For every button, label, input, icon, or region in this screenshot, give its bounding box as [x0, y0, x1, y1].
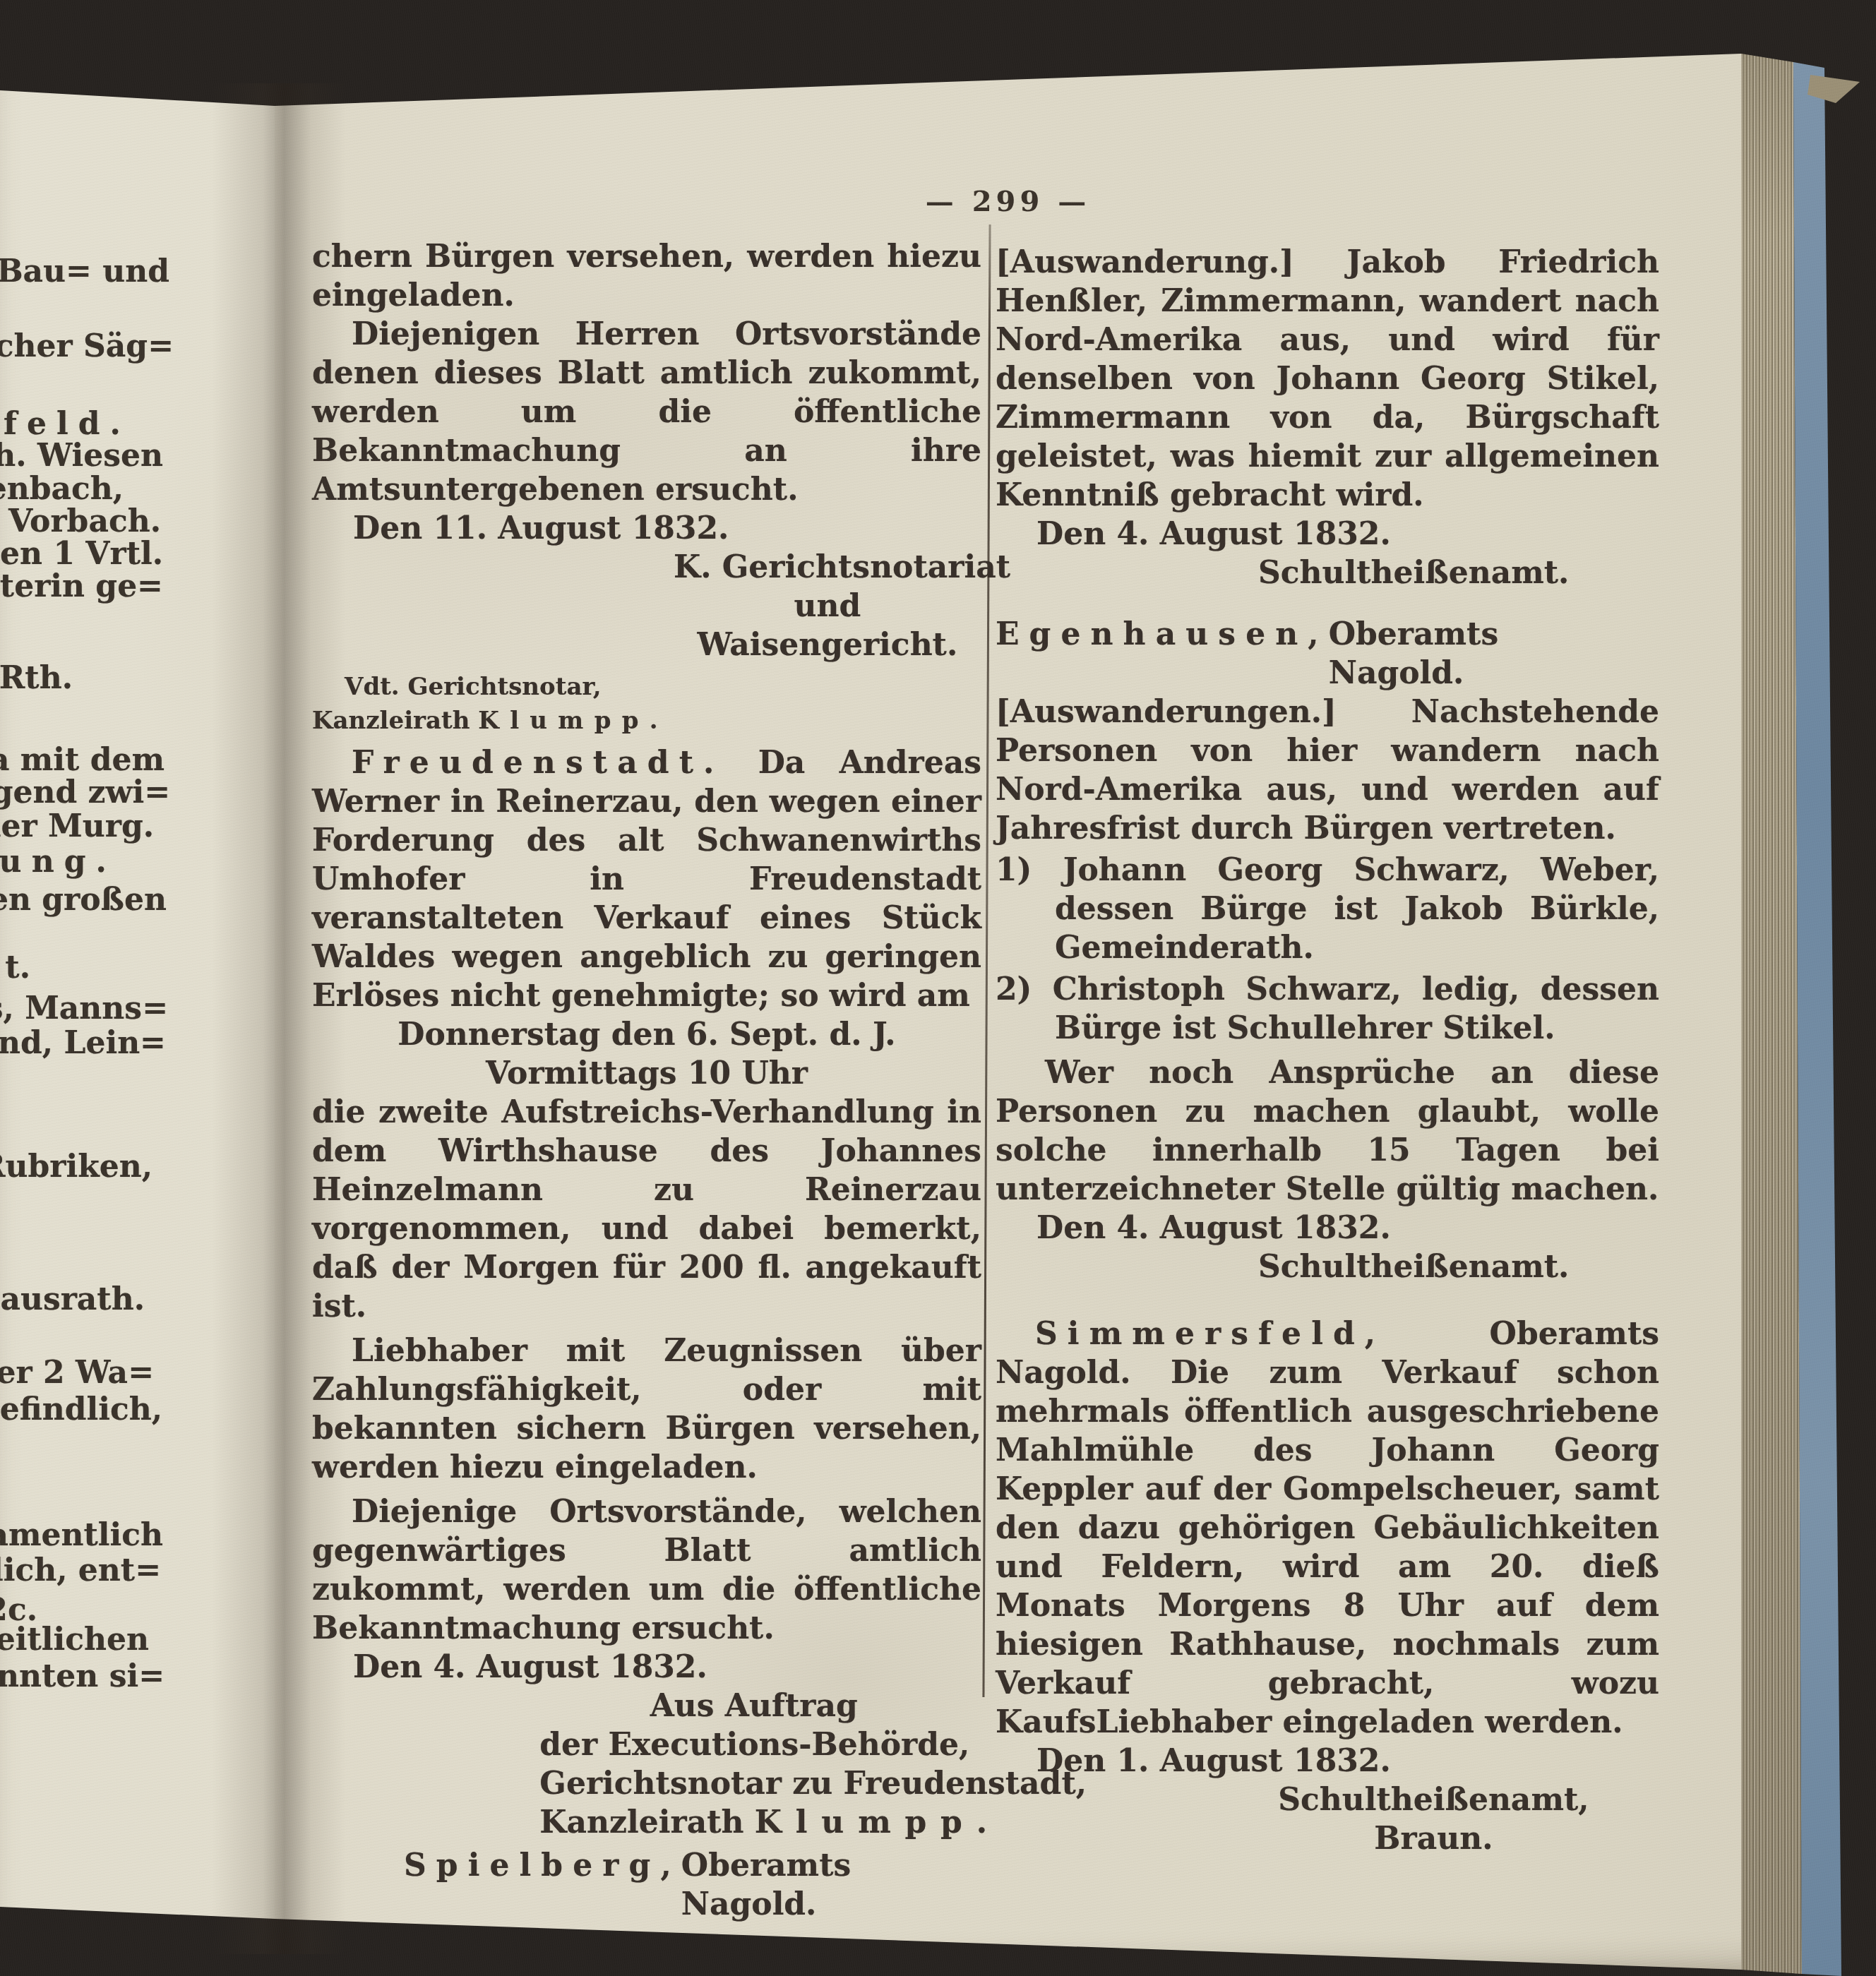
column-divider — [982, 224, 991, 1697]
paragraph: [Auswanderungen.] Nachstehende Personen … — [996, 693, 1659, 848]
left-page-fragment: gen 1 Vrtl. — [0, 538, 163, 570]
left-page-fragment: i Hausrath. — [0, 1283, 145, 1316]
signature-line: Braun. — [1234, 1819, 1632, 1858]
signature-line: Waisengericht. — [674, 625, 981, 664]
list-number: 2) — [996, 971, 1032, 1007]
paragraph: Diejenige Ortsvorstände, welchen gegenwä… — [312, 1492, 981, 1648]
auction-time-line: Vormittags 10 Uhr — [312, 1054, 981, 1093]
notary-title: Kanzleirath — [539, 1804, 754, 1840]
left-page-fragment: Bau= und — [0, 256, 169, 288]
left-page-fragment: a mit dem — [0, 744, 165, 777]
section-heading: Egenhausen,Oberamts Nagold. — [996, 615, 1659, 693]
signature-block: Schultheißenamt. — [1214, 553, 1613, 592]
list-item: 1) Johann Georg Schwarz, Weber, dessen B… — [996, 851, 1659, 967]
left-page-fragment: wand, Lein= — [0, 1027, 166, 1060]
paragraph: die zweite Aufstreichs-Verhandlung in de… — [312, 1093, 981, 1326]
book-scan: Bau= und bacher Säg= feld. th. Wiesen en… — [0, 0, 1876, 1976]
date-line: Den 1. August 1832. — [996, 1742, 1659, 1780]
district-name: Oberamts Nagold. — [681, 1846, 981, 1924]
signature-block: Aus Auftrag der Executions-Behörde, Geri… — [539, 1687, 968, 1842]
notary-name: Klumpp. — [478, 707, 669, 735]
left-page-fragment: der Murg. — [0, 810, 154, 843]
place-name: Freudenstadt. — [352, 745, 724, 781]
left-page-fragment: igkeitlichen — [0, 1624, 149, 1656]
signature-line: und — [674, 587, 981, 625]
paragraph: Freudenstadt. Da Andreas Werner in Reine… — [312, 743, 981, 1015]
list-item: 2) Christoph Schwarz, ledig, dessen Bürg… — [996, 970, 1659, 1048]
notary-name: Klumpp. — [755, 1804, 1001, 1840]
auction-date-line: Donnerstag den 6. Sept. d. J. — [312, 1015, 981, 1054]
signature-line: der Executions-Behörde, — [539, 1725, 968, 1764]
paragraph-text: Da Andreas Werner in Reinerzau, den wege… — [312, 745, 981, 1014]
date-line: Den 11. August 1832. — [312, 509, 981, 548]
signature-block: Schultheißenamt, Braun. — [1234, 1780, 1632, 1858]
signature-line: Aus Auftrag — [539, 1687, 968, 1725]
paragraph: chern Bürgen versehen, werden hiezu eing… — [312, 237, 981, 315]
left-page-fragment: liegend zwi= — [0, 777, 170, 809]
date-line: Den 4. August 1832. — [996, 1209, 1659, 1247]
left-page-fragment: enbach, — [0, 473, 124, 505]
left-page-fragment: bacher Säg= — [0, 330, 174, 363]
left-page-fragment: ichterin ge= — [0, 570, 163, 603]
left-page-fragment: m Vorbach. — [0, 505, 161, 538]
left-page-fragment: Rubriken, — [0, 1151, 153, 1183]
left-page-fragment: ekannten si= — [0, 1660, 165, 1693]
right-column: [Auswanderung.] Jakob Friedrich Henßler,… — [996, 243, 1659, 1858]
date-line: Den 4. August 1832. — [996, 515, 1659, 553]
signature-line: Gerichtsnotar zu Freudenstadt, — [539, 1764, 968, 1803]
left-page-fragment: namentlich — [0, 1519, 163, 1552]
right-page: — 299 — chern Bürgen versehen, werden hi… — [0, 0, 1876, 1976]
notary-line: Vdt. Gerichtsnotar, — [312, 670, 981, 704]
section-heading: Spielberg,Oberamts Nagold. — [404, 1846, 981, 1924]
notary-line: Kanzleirath Klumpp. — [312, 704, 981, 738]
left-page-fragment: t. — [5, 952, 30, 984]
signature-line: Schultheißenamt. — [1214, 1247, 1613, 1286]
left-page-fragment: . befindlich, — [0, 1394, 162, 1426]
signature-line: Schultheißenamt. — [1214, 553, 1613, 592]
left-page-fragment: dlich, ent= — [0, 1555, 161, 1587]
date-line: Den 4. August 1832. — [312, 1648, 981, 1687]
signature-line: Schultheißenamt, — [1234, 1780, 1632, 1819]
signature-line: K. Gerichtsnotariat — [674, 548, 981, 587]
district-name: Oberamts Nagold. — [1329, 615, 1659, 693]
paragraph: Simmersfeld, Oberamts Nagold. Die zum Ve… — [996, 1315, 1659, 1742]
notice-tag: [Auswanderung.] — [996, 244, 1294, 280]
paragraph: Liebhaber mit Zeugnissen über Zahlungsfä… — [312, 1331, 981, 1487]
notary-title: Kanzleirath — [312, 707, 478, 735]
left-page-fragment: nten großen — [0, 884, 167, 916]
signature-block: K. Gerichtsnotariat und Waisengericht. — [674, 548, 981, 664]
left-column: chern Bürgen versehen, werden hiezu eing… — [312, 237, 981, 1924]
left-page-fragment: Rth. — [0, 662, 73, 695]
left-page-fragment: th. Wiesen — [0, 440, 163, 472]
place-name: Spielberg, — [404, 1846, 681, 1885]
place-name: Simmersfeld, — [1035, 1316, 1385, 1352]
notice-tag: [Auswanderungen.] — [996, 694, 1337, 730]
page-number: — 299 — — [275, 185, 1741, 218]
signature-block: Schultheißenamt. — [1214, 1247, 1613, 1286]
signature-line: Kanzleirath Klumpp. — [539, 1803, 968, 1842]
left-page-fragment: rkung. — [0, 846, 116, 878]
paragraph-text: Jakob Friedrich Henßler, Zimmermann, wan… — [996, 244, 1659, 513]
left-page-fragment: ter 2 Wa= — [0, 1357, 154, 1389]
left-page-fragment: s, Manns= — [0, 993, 168, 1025]
place-name: Egenhausen, — [996, 615, 1329, 654]
list-number: 1) — [996, 852, 1032, 888]
left-page-fragment: feld. — [4, 408, 131, 441]
paragraph-text: Oberamts Nagold. Die zum Verkauf schon m… — [996, 1316, 1659, 1740]
paragraph: Diejenigen Herren Ortsvorstände denen di… — [312, 315, 981, 509]
paragraph: Wer noch Ansprüche an diese Personen zu … — [996, 1053, 1659, 1209]
list-item-text: Christoph Schwarz, ledig, dessen Bürge i… — [1053, 971, 1659, 1046]
paragraph: [Auswanderung.] Jakob Friedrich Henßler,… — [996, 243, 1659, 515]
list-item-text: Johann Georg Schwarz, Weber, dessen Bürg… — [1055, 852, 1659, 966]
